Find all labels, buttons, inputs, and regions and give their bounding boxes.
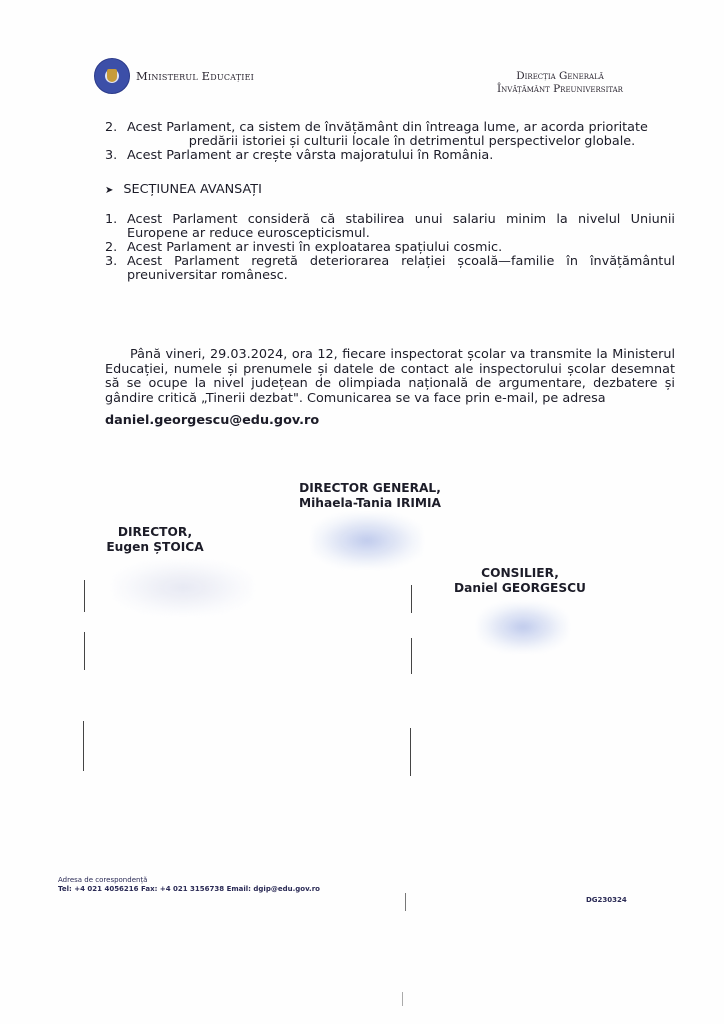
scan-mark: [411, 638, 412, 674]
scan-mark: [402, 992, 403, 1006]
contact-email[interactable]: daniel.georgescu@edu.gov.ro: [105, 413, 319, 428]
scan-mark: [410, 728, 411, 776]
list-item: 2. Acest Parlament, ca sistem de învățăm…: [105, 121, 675, 149]
government-emblem-icon: [94, 58, 130, 94]
directorate-line-2: Învățământ Preuniversitar: [480, 83, 640, 96]
section-heading-advanced: ➤SECȚIUNEA AVANSAȚI: [105, 182, 262, 197]
document-reference: DG230324: [586, 896, 627, 904]
redacted-signature: [478, 602, 568, 652]
header-directorate: Direcția Generală Învățământ Preuniversi…: [480, 70, 640, 96]
motions-list-previous: 2. Acest Parlament, ca sistem de învățăm…: [105, 121, 675, 163]
footer-address: Adresa de corespondență Tel: +4 021 4056…: [58, 876, 320, 894]
ministry-name: Ministerul Educației: [136, 69, 254, 83]
deadline-paragraph: Până vineri, 29.03.2024, ora 12, fiecare…: [105, 348, 675, 406]
header-ministry: Ministerul Educației: [94, 58, 254, 94]
redacted-signature: [113, 560, 253, 615]
redacted-signature: [312, 513, 422, 568]
scan-mark: [83, 721, 84, 771]
scan-mark: [84, 632, 85, 670]
scan-mark: [405, 893, 406, 911]
arrow-bullet-icon: ➤: [105, 185, 113, 196]
list-item: 3. Acest Parlament ar crește vârsta majo…: [105, 149, 675, 163]
directorate-line-1: Direcția Generală: [480, 70, 640, 83]
motions-list-advanced: 1. Acest Parlament consideră că stabilir…: [105, 213, 675, 283]
scan-mark: [84, 580, 85, 612]
signature-director-general: DIRECTOR GENERAL, Mihaela-Tania IRIMIA: [290, 481, 450, 511]
list-item: 1. Acest Parlament consideră că stabilir…: [105, 213, 675, 241]
list-item: 2. Acest Parlament ar investi în exploat…: [105, 241, 675, 255]
scan-mark: [411, 585, 412, 613]
document-page: Ministerul Educației Direcția Generală Î…: [0, 0, 724, 1024]
signature-consilier: CONSILIER, Daniel GEORGESCU: [450, 566, 590, 596]
list-item: 3. Acest Parlament regretă deteriorarea …: [105, 255, 675, 283]
signature-director: DIRECTOR, Eugen ȘTOICA: [100, 525, 210, 555]
